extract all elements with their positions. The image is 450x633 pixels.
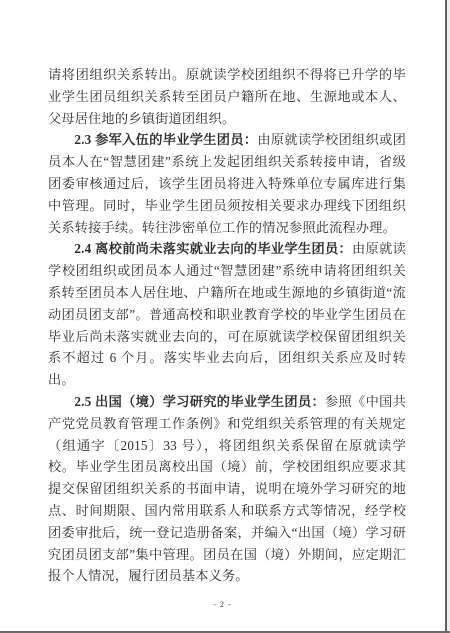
paragraph-text: 请将团组织关系转出。原就读学校团组织不得将已升学的毕业学生团员组织关系转至团员户… <box>48 67 406 126</box>
section-heading-2-5: 2.5 出国（境）学习研究的毕业学生团员： <box>74 394 325 409</box>
paragraph-section-2-3: 2.3 参军入伍的毕业学生团员：由原就读学校团组织或团员本人在“智慧团建”系统上… <box>48 129 406 238</box>
paragraph-continuation: 请将团组织关系转出。原就读学校团组织不得将已升学的毕业学生团员组织关系转至团员户… <box>48 64 406 129</box>
paragraph-text: 由原就读学校团组织或团员本人在“智慧团建”系统上发起团组织关系转接申请，省级团委… <box>48 132 406 234</box>
page-number: - 2 - <box>0 600 445 609</box>
document-body: 请将团组织关系转出。原就读学校团组织不得将已升学的毕业学生团员组织关系转至团员户… <box>48 64 406 587</box>
paragraph-section-2-5: 2.5 出国（境）学习研究的毕业学生团员：参照《中国共产党党员教育管理工作条例》… <box>48 391 406 587</box>
paragraph-section-2-4: 2.4 离校前尚未落实就业去向的毕业学生团员：由原就读学校团组织或团员本人通过“… <box>48 238 406 391</box>
paragraph-text: 由原就读学校团组织或团员本人通过“智慧团建”系统申请将团组织关系转至团员本人居住… <box>48 241 406 387</box>
page-edge-right <box>445 0 447 633</box>
document-page: 请将团组织关系转出。原就读学校团组织不得将已升学的毕业学生团员组织关系转至团员户… <box>0 0 450 633</box>
paragraph-text: 参照《中国共产党党员教育管理工作条例》和党组织关系管理的有关规定（组通字〔201… <box>48 394 406 583</box>
section-heading-2-3: 2.3 参军入伍的毕业学生团员： <box>74 132 257 147</box>
section-heading-2-4: 2.4 离校前尚未落实就业去向的毕业学生团员： <box>74 241 352 256</box>
